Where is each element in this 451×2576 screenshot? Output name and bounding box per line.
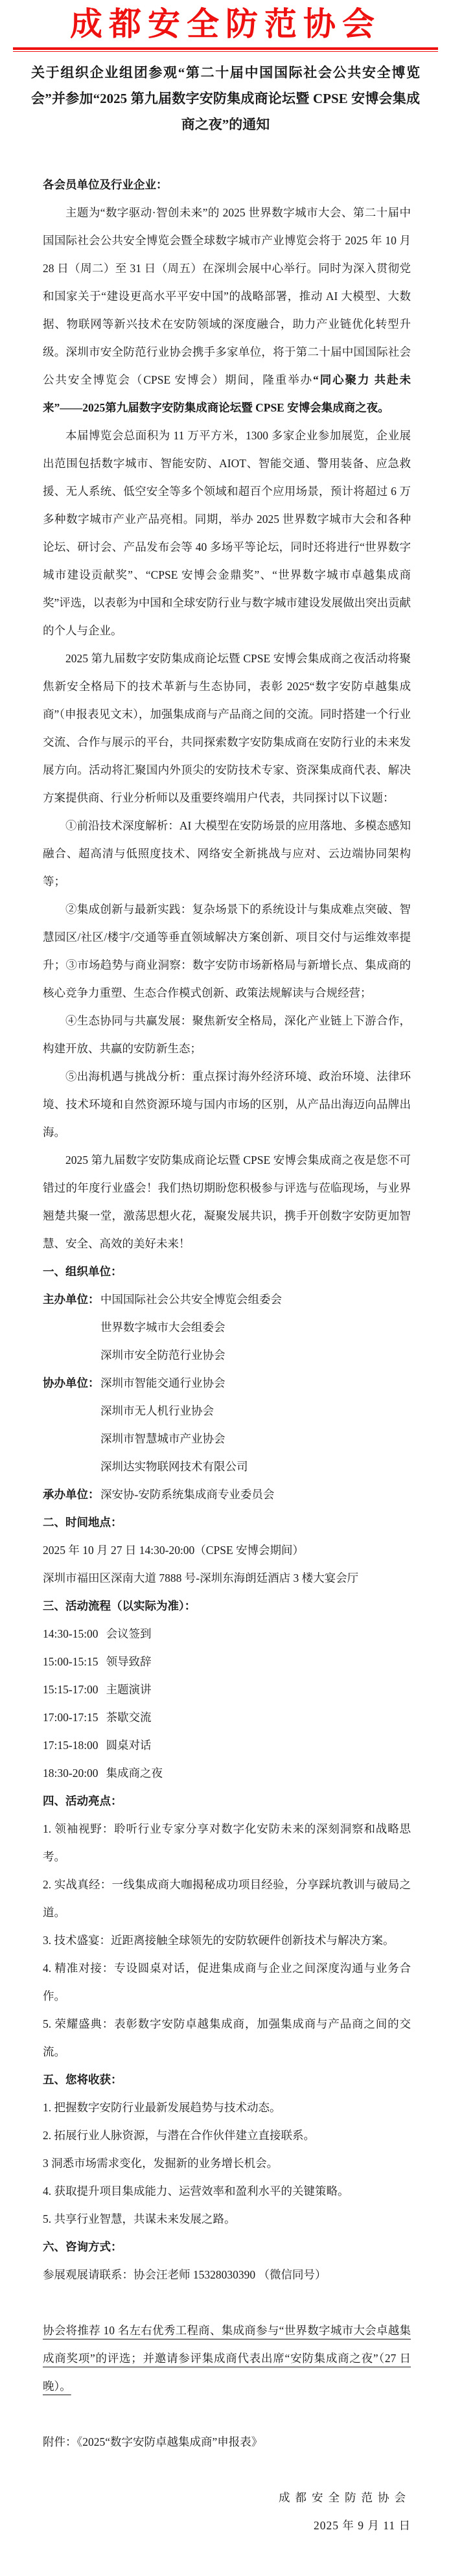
document-title: 关于组织企业组团参观“第二十届中国国际社会公共安全博览会”并参加“2025 第九… (31, 60, 420, 137)
agenda-row: 14:30-15:00会议签到 (43, 1620, 411, 1648)
intro-paragraph-2: 本届博览会总面积为 11 万平方米，1300 多家企业参加展览，企业展出范围包括… (43, 422, 411, 645)
organizer-name: 深安协-安防系统集成商专业委员会 (100, 1488, 274, 1501)
agenda-item: 领导致辞 (106, 1655, 152, 1668)
intro-paragraph-1-text: 主题为“数字驱动·智创未来”的 2025 世界数字城市大会、第二十届中国国际社会… (43, 206, 411, 386)
organizer-name: 深圳市智能交通行业协会 (100, 1376, 225, 1389)
agenda-item: 茶歇交流 (106, 1711, 152, 1724)
organizer-row: 协办单位：深圳市智能交通行业协会 (43, 1369, 411, 1397)
topic-item-3: ④生态协同与共赢发展：聚焦新安全格局，深化产业链上下游合作，构建开放、共赢的安防… (43, 1007, 411, 1063)
recommendation-note: 协会将推荐 10 名左右优秀工程商、集成商参与“世界数字城市大会卓越集成商奖项”… (43, 2317, 411, 2400)
spacer (43, 2289, 411, 2317)
section-heading-highlights: 四、活动亮点： (43, 1787, 411, 1815)
highlight-item-1: 1. 领袖视野：聆听行业专家分享对数字化安防未来的深刻洞察和战略思考。 (43, 1815, 411, 1871)
organizer-label: 协办单位： (43, 1369, 100, 1397)
agenda-time: 14:30-15:00 (43, 1627, 98, 1640)
section-heading-contact: 六、咨询方式： (43, 2233, 411, 2261)
agenda-row: 18:30-20:00集成商之夜 (43, 1759, 411, 1787)
section-heading-time-venue: 二、时间地点： (43, 1509, 411, 1537)
organizer-row: 承办单位：深安协-安防系统集成商专业委员会 (43, 1481, 411, 1509)
gain-item-4: 4. 获取提升项目集成能力、运营效率和盈利水平的关键策略。 (43, 2177, 411, 2205)
organizer-row: 深圳市安全防范行业协会 (43, 1341, 411, 1369)
agenda-item: 会议签到 (106, 1627, 152, 1640)
contact-line: 参展观展请联系：协会汪老师 15328030390 （微信同号） (43, 2261, 411, 2289)
agenda-item: 主题演讲 (106, 1683, 152, 1696)
section-heading-organizers: 一、组织单位： (43, 1258, 411, 1286)
agenda-time: 15:15-17:00 (43, 1683, 98, 1696)
organizer-label: 承办单位： (43, 1481, 100, 1509)
organizer-label: 主办单位： (43, 1286, 100, 1314)
signature-org: 成都安全防范协会 (43, 2484, 411, 2512)
topic-item-4: ⑤出海机遇与挑战分析：重点探讨海外经济环境、政治环境、法律环境、技术环境和自然资… (43, 1063, 411, 1146)
highlight-item-2: 2. 实战真经：一线集成商大咖揭秘成功项目经验，分享踩坑教训与破局之道。 (43, 1871, 411, 1927)
letterhead-org-title: 成都安全防范协会 (0, 0, 451, 44)
organizer-name: 世界数字城市大会组委会 (100, 1321, 225, 1334)
agenda-time: 17:15-18:00 (43, 1739, 98, 1752)
gain-item-1: 1. 把握数字安防行业最新发展趋势与技术动态。 (43, 2094, 411, 2122)
spacer (43, 2400, 411, 2428)
agenda-row: 15:00-15:15领导致辞 (43, 1648, 411, 1676)
agenda-time: 15:00-15:15 (43, 1655, 98, 1668)
agenda-item: 圆桌对话 (106, 1739, 152, 1752)
organizer-name: 中国国际社会公共安全博览会组委会 (100, 1293, 282, 1306)
attachment-line: 附件：《2025“数字安防卓越集成商”申报表》 (43, 2428, 411, 2456)
organizer-name: 深圳市智慧城市产业协会 (100, 1432, 225, 1445)
document-body: 各会员单位及行业企业： 主题为“数字驱动·智创未来”的 2025 世界数字城市大… (0, 171, 451, 2540)
letterhead-red-rule (13, 47, 438, 52)
organizer-row: 深圳市无人机行业协会 (43, 1397, 411, 1425)
agenda-row: 17:15-18:00圆桌对话 (43, 1732, 411, 1759)
agenda-row: 17:00-17:15茶歇交流 (43, 1704, 411, 1732)
event-datetime: 2025 年 10 月 27 日 14:30-20:00（CPSE 安博会期间） (43, 1537, 411, 1564)
intro-paragraph-3: 2025 第九届数字安防集成商论坛暨 CPSE 安博会集成商之夜活动将聚焦新安全… (43, 645, 411, 812)
organizer-name: 深圳达实物联网技术有限公司 (100, 1460, 248, 1473)
event-venue: 深圳市福田区深南大道 7888 号-深圳东海朗廷酒店 3 楼大宴会厅 (43, 1564, 411, 1592)
organizer-name: 深圳市安全防范行业协会 (100, 1349, 225, 1362)
intro-paragraph-1: 主题为“数字驱动·智创未来”的 2025 世界数字城市大会、第二十届中国国际社会… (43, 199, 411, 422)
spacer (43, 2456, 411, 2484)
organizer-row: 深圳市智慧城市产业协会 (43, 1425, 411, 1453)
agenda-time: 17:00-17:15 (43, 1711, 98, 1724)
gain-item-5: 5. 共享行业智慧，共谋未来发展之路。 (43, 2205, 411, 2233)
organizer-row: 深圳达实物联网技术有限公司 (43, 1453, 411, 1481)
topic-item-2: ②集成创新与最新实践：复杂场景下的系统设计与集成难点突破、智慧园区/社区/楼宇/… (43, 896, 411, 1007)
salutation: 各会员单位及行业企业： (43, 171, 411, 199)
highlight-item-4: 4. 精准对接：专设圆桌对话，促进集成商与企业之间深度沟通与业务合作。 (43, 1955, 411, 2010)
topic-item-1: ①前沿技术深度解析：AI 大模型在安防场景的应用落地、多模态感知融合、超高清与低… (43, 812, 411, 896)
intro-paragraph-4: 2025 第九届数字安防集成商论坛暨 CPSE 安博会集成商之夜是您不可错过的年… (43, 1146, 411, 1258)
highlight-item-3: 3. 技术盛宴：近距离接触全球领先的安防软硬件创新技术与解决方案。 (43, 1927, 411, 1955)
section-heading-gains: 五、您将收获： (43, 2066, 411, 2094)
organizer-row: 主办单位：中国国际社会公共安全博览会组委会 (43, 1286, 411, 1314)
notice-document-page: { "letterhead": { "org_title": "成都安全防范协会… (0, 0, 451, 2576)
signature-date: 2025 年 9 月 11 日 (43, 2512, 411, 2540)
agenda-row: 15:15-17:00主题演讲 (43, 1676, 411, 1704)
section-heading-agenda: 三、活动流程（以实际为准）： (43, 1592, 411, 1620)
gain-item-3: 3 洞悉市场需求变化，发掘新的业务增长机会。 (43, 2150, 411, 2177)
organizer-name: 深圳市无人机行业协会 (100, 1404, 214, 1417)
agenda-item: 集成商之夜 (106, 1767, 163, 1780)
highlight-item-5: 5. 荣耀盛典：表彰数字安防卓越集成商，加强集成商与产品商之间的交流。 (43, 2010, 411, 2066)
gain-item-2: 2. 拓展行业人脉资源，与潜在合作伙伴建立直接联系。 (43, 2122, 411, 2150)
agenda-time: 18:30-20:00 (43, 1767, 98, 1780)
organizer-row: 世界数字城市大会组委会 (43, 1314, 411, 1341)
